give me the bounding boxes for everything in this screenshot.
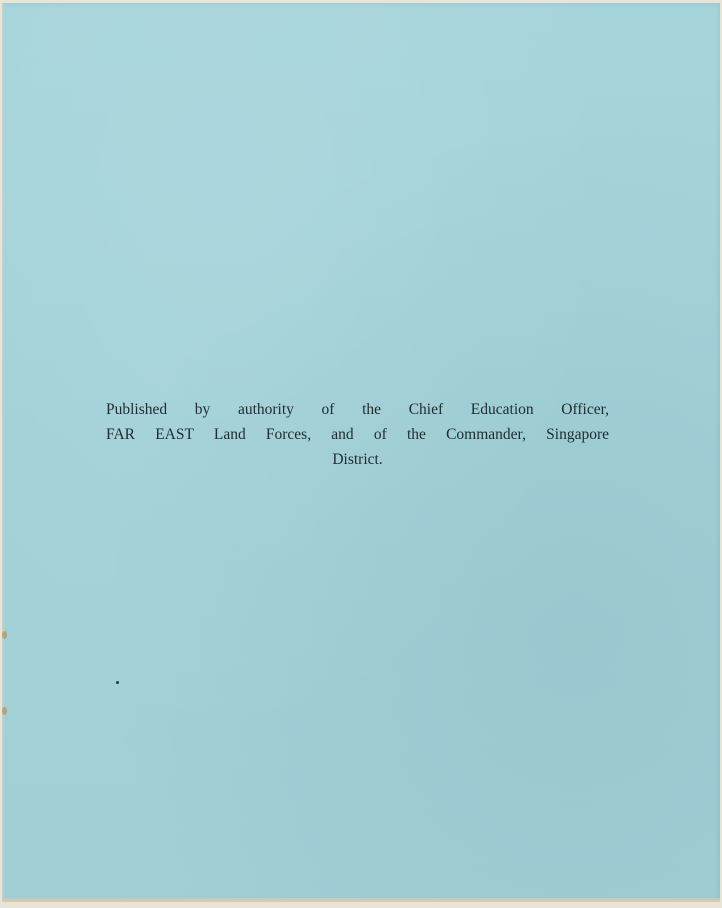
imprint-line-3: District. xyxy=(106,447,609,472)
cover-left-edge xyxy=(2,3,6,902)
imprint-line-2: FAR EAST Land Forces, and of the Command… xyxy=(106,422,609,447)
rust-stain xyxy=(2,707,7,715)
ink-speck xyxy=(116,681,119,684)
cover-bottom-edge xyxy=(2,898,720,902)
rust-stain xyxy=(2,631,7,639)
publisher-imprint: Published by authority of the Chief Educ… xyxy=(106,397,609,472)
imprint-line-1: Published by authority of the Chief Educ… xyxy=(106,397,609,422)
booklet-cover: Published by authority of the Chief Educ… xyxy=(2,3,720,902)
